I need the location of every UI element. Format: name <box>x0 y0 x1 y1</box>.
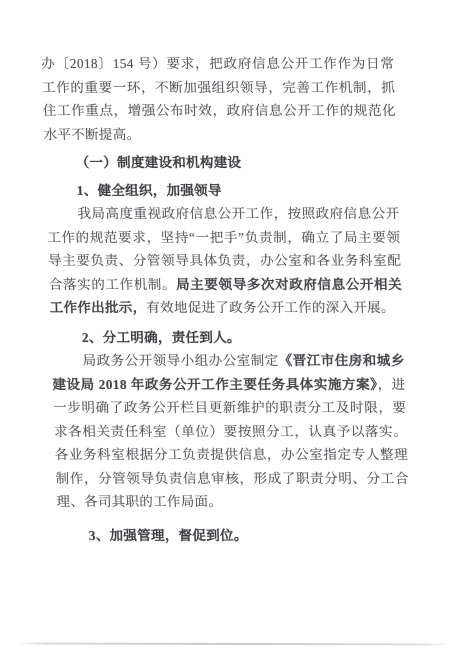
document-content: 办〔2018〕154 号）要求，把政府信息公开工作作为日常工作的重要一环，不断加… <box>39 0 411 547</box>
paragraph-division-text-2: ，进一步明确了政务公开栏目更新维护的职责分工及时限，要求各相关责任科室（单位）要… <box>53 377 409 510</box>
paragraph-division: 局政务公开领导小组办公室制定《晋江市住房和城乡建设局 2018 年政务公开工作主… <box>51 349 410 514</box>
paragraph-organization: 我局高度重视政府信息公开工作，按照政府信息公开工作的规范要求，坚持“一把手”负责… <box>46 202 403 320</box>
subheading-organization: 1、健全组织，加强领导 <box>45 179 399 203</box>
paragraph-intro: 办〔2018〕154 号）要求，把政府信息公开工作作为日常工作的重要一环，不断加… <box>41 52 397 146</box>
paragraph-division-text-1: 局政务公开领导小组办公室制定 <box>82 353 279 368</box>
document-page: 办〔2018〕154 号）要求，把政府信息公开工作作为日常工作的重要一环，不断加… <box>0 0 460 650</box>
paragraph-organization-text-2: 有效地促进了政务公开工作的深入开展。 <box>146 300 395 315</box>
subheading-management: 3、加强管理，督促到位。 <box>57 524 411 548</box>
section-heading-institution: （一）制度建设和机构建设 <box>44 151 398 175</box>
scan-edge-shadow <box>16 643 454 646</box>
subheading-division: 2、分工明确，责任到人。 <box>50 326 404 350</box>
